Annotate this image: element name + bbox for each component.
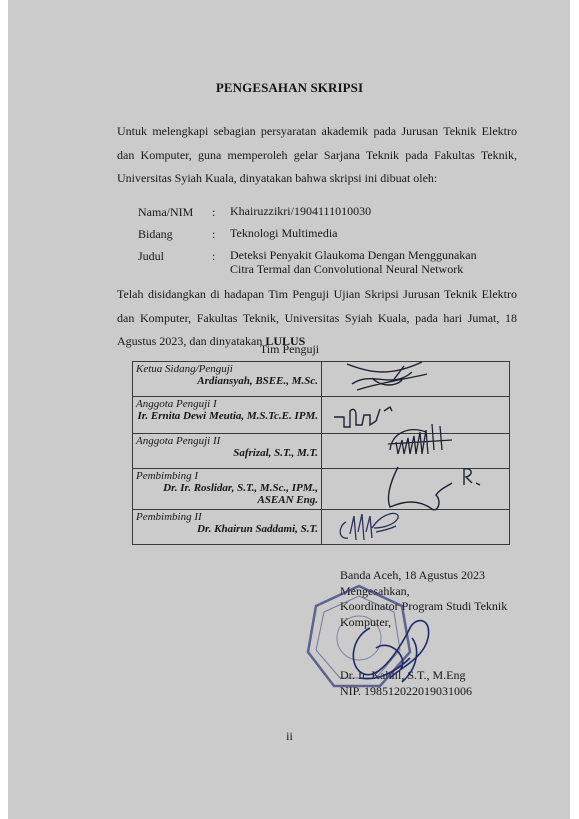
examiner-name: Dr. Ir. Roslidar, S.T., M.Sc., IPM.,: [136, 482, 318, 494]
approval-label: Mengesahkan,: [340, 584, 507, 600]
info-row-name: Nama/NIM : Khairuzzikri/1904111010030: [138, 204, 530, 220]
examiner-name: Dr. Khairun Saddami, S.T.: [136, 523, 318, 535]
approval-block: Banda Aceh, 18 Agustus 2023 Mengesahkan,…: [340, 568, 507, 699]
page-title: PENGESAHAN SKRIPSI: [0, 80, 579, 96]
signature-cell: [322, 362, 510, 397]
examiner-role: Pembimbing II: [136, 511, 318, 523]
examiner-role: Anggota Penguji I: [136, 398, 318, 410]
info-row-field: Bidang : Teknologi Multimedia: [138, 226, 530, 242]
coordinator-title-cont: Komputer,: [340, 615, 507, 631]
examiner-name-cont: ASEAN Eng.: [136, 494, 318, 506]
info-colon: :: [212, 248, 230, 276]
info-colon: :: [212, 226, 230, 242]
signature-cell: [322, 434, 510, 469]
examiner-table: Ketua Sidang/Penguji Ardiansyah, BSEE., …: [132, 361, 510, 545]
info-value: Teknologi Multimedia: [230, 226, 530, 242]
examiner-name: Ardiansyah, BSEE., M.Sc.: [136, 375, 318, 387]
examiner-role: Ketua Sidang/Penguji: [136, 363, 318, 375]
table-row: Ketua Sidang/Penguji Ardiansyah, BSEE., …: [133, 362, 510, 397]
signature-cell: [322, 469, 510, 510]
info-value: Deteksi Penyakit Glaukoma Dengan Menggun…: [230, 248, 480, 276]
coordinator-nip: NIP. 198512022019031006: [340, 684, 507, 700]
page-number: ii: [0, 729, 579, 744]
signature-icon: [384, 463, 494, 513]
examiner-cell: Pembimbing II Dr. Khairun Saddami, S.T.: [133, 510, 322, 545]
place-date: Banda Aceh, 18 Agustus 2023: [340, 568, 507, 584]
student-info: Nama/NIM : Khairuzzikri/1904111010030 Bi…: [138, 204, 530, 282]
table-row: Anggota Penguji II Safrizal, S.T., M.T.: [133, 434, 510, 469]
info-label: Bidang: [138, 226, 212, 242]
coordinator-title: Koordinator Program Studi Teknik: [340, 599, 507, 615]
coordinator-name: Dr. Ir. Kahlil, S.T., M.Eng: [340, 668, 507, 684]
examiner-role: Anggota Penguji II: [136, 435, 318, 447]
signature-cell: [322, 397, 510, 434]
info-row-title: Judul : Deteksi Penyakit Glaukoma Dengan…: [138, 248, 530, 276]
signature-icon: [336, 508, 406, 544]
examiner-role: Pembimbing I: [136, 470, 318, 482]
statement-text: Telah disidangkan di hadapan Tim Penguji…: [117, 287, 517, 348]
examiner-name: Safrizal, S.T., M.T.: [136, 447, 318, 459]
team-heading: Tim Penguji: [0, 342, 579, 357]
examiner-cell: Anggota Penguji I Ir. Ernita Dewi Meutia…: [133, 397, 322, 434]
info-value: Khairuzzikri/1904111010030: [230, 204, 530, 220]
info-colon: :: [212, 204, 230, 220]
examiner-cell: Ketua Sidang/Penguji Ardiansyah, BSEE., …: [133, 362, 322, 397]
info-label: Nama/NIM: [138, 204, 212, 220]
signature-icon: [342, 360, 432, 394]
signature-cell: [322, 510, 510, 545]
examiner-cell: Anggota Penguji II Safrizal, S.T., M.T.: [133, 434, 322, 469]
info-label: Judul: [138, 248, 212, 276]
table-row: Pembimbing II Dr. Khairun Saddami, S.T.: [133, 510, 510, 545]
signature-icon: [332, 401, 402, 431]
table-row: Pembimbing I Dr. Ir. Roslidar, S.T., M.S…: [133, 469, 510, 510]
intro-paragraph: Untuk melengkapi sebagian persyaratan ak…: [117, 120, 517, 191]
examiner-cell: Pembimbing I Dr. Ir. Roslidar, S.T., M.S…: [133, 469, 322, 510]
examiner-name: Ir. Ernita Dewi Meutia, M.S.Tc.E. IPM.: [136, 410, 318, 422]
table-row: Anggota Penguji I Ir. Ernita Dewi Meutia…: [133, 397, 510, 434]
